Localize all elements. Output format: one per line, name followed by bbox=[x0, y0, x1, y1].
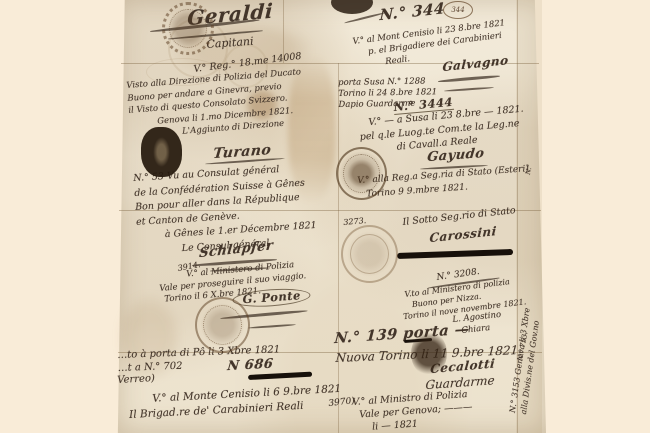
faint-round-stamp-icon bbox=[341, 225, 398, 283]
armorial-crest-stamp-icon bbox=[141, 127, 182, 177]
dark-round-stamp-icon bbox=[411, 331, 447, 376]
stamp-number: 344 bbox=[451, 6, 464, 14]
visa-genova-ministro: V.° al Ministro di Polizia Vale per Geno… bbox=[352, 388, 474, 433]
stamp-crest-shield bbox=[152, 135, 171, 169]
stamp-inner-ring bbox=[343, 154, 380, 193]
entry-side-mark: Verreo) bbox=[117, 373, 155, 386]
fold-line-vertical bbox=[338, 63, 339, 433]
passport-page-photo: Geraldi Capitani V.° Reg.° 18.me 14008 V… bbox=[0, 0, 650, 433]
round-ink-stamp-icon bbox=[336, 147, 387, 200]
round-ink-stamp-icon bbox=[162, 2, 214, 55]
oval-number-stamp-icon: 344 bbox=[443, 1, 473, 19]
round-ink-stamp-icon bbox=[195, 297, 250, 353]
stamp-inner-ring bbox=[350, 234, 389, 274]
stamp-inner-ring bbox=[203, 305, 242, 345]
entry-big-number: N 686 bbox=[227, 357, 274, 374]
stamp-inner-ring bbox=[169, 9, 207, 48]
